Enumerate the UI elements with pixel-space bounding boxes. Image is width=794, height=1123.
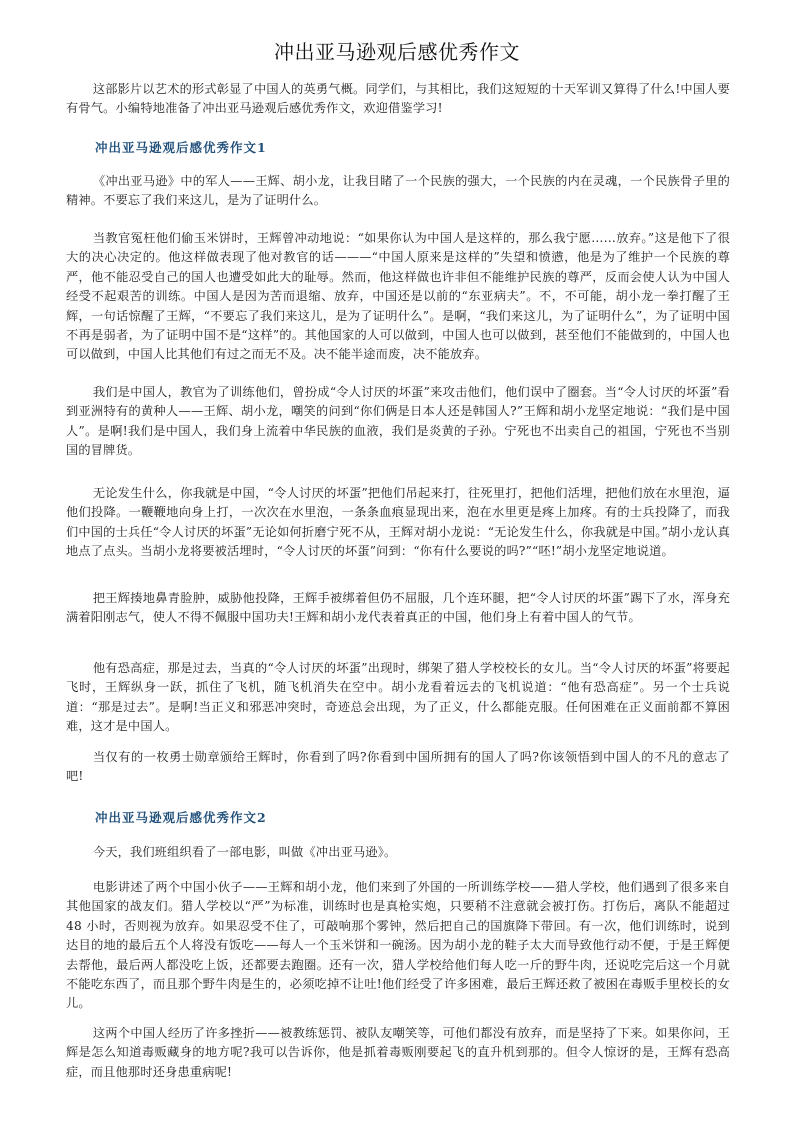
section-1-paragraph-1: 《冲出亚马逊》中的军人——王辉、胡小龙，让我目睹了一个民族的强大，一个民族的内在… (66, 172, 730, 211)
section-1-paragraph-3: 我们是中国人，教官为了训练他们，曾扮成“令人讨厌的坏蛋”来攻击他们，他们误中了圈… (66, 383, 730, 461)
page-title: 冲出亚马逊观后感优秀作文 (0, 36, 794, 65)
section-2-paragraph-2: 电影讲述了两个中国小伙子——王辉和胡小龙，他们来到了外国的一所训练学校——猎人学… (66, 878, 730, 1014)
section-1-paragraph-6: 他有恐高症，那是过去，当真的“令人讨厌的坏蛋”出现时，绑架了猎人学校校长的女儿。… (66, 659, 730, 737)
document-page: 冲出亚马逊观后感优秀作文 这部影片以艺术的形式彰显了中国人的英勇气概。同学们，与… (0, 0, 794, 1123)
section-2-paragraph-1: 今天，我们班组织看了一部电影，叫做《冲出亚马逊》。 (66, 843, 730, 862)
section-1-paragraph-7: 当仅有的一枚勇士勋章颁给王辉时，你看到了吗?你看到中国所拥有的国人了吗?你该领悟… (66, 748, 730, 787)
section-2-paragraph-3: 这两个中国人经历了许多挫折——被教练惩罚、被队友嘲笑等，可他们都没有放弃，而是坚… (66, 1024, 730, 1082)
intro-paragraph: 这部影片以艺术的形式彰显了中国人的英勇气概。同学们，与其相比，我们这短短的十天军… (66, 80, 730, 119)
section-1-paragraph-5: 把王辉揍地鼻青脸肿，威胁他投降，王辉手被绑着但仍不屈服，几个连环腿，把“令人讨厌… (66, 589, 730, 628)
section-1-heading: 冲出亚马逊观后感优秀作文1 (95, 138, 267, 156)
section-2-heading: 冲出亚马逊观后感优秀作文2 (95, 808, 267, 826)
section-1-paragraph-4: 无论发生什么，你我就是中国，“令人讨厌的坏蛋”把他们吊起来打，往死里打，把他们活… (66, 484, 730, 562)
section-1-paragraph-2: 当教官冤枉他们偷玉米饼时，王辉曾冲动地说：“如果你认为中国人是这样的，那么我宁愿… (66, 229, 730, 365)
